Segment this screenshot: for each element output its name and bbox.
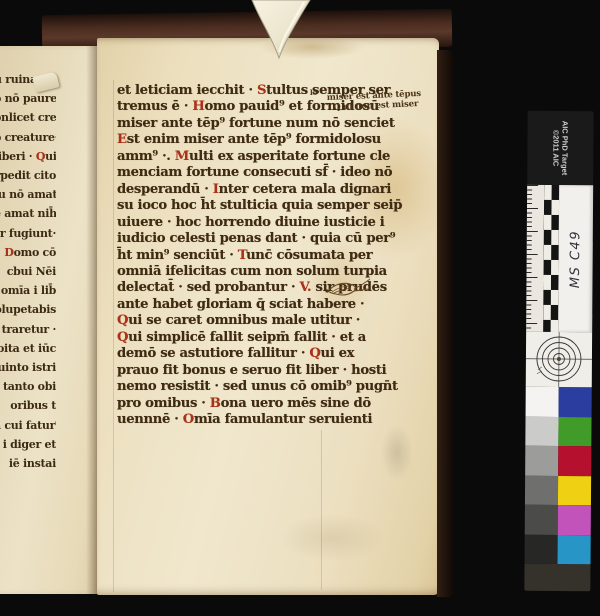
color-patch bbox=[558, 446, 591, 476]
manuscript-text-line: delectat̄ · sed probantur · V. sir prudē… bbox=[117, 280, 439, 296]
left-page-text-line: cbui Nēi bbox=[0, 262, 56, 281]
manuscript-text-line: prauo fit bonus e seruo fit liber · host… bbox=[117, 363, 439, 379]
left-page-text-column: ū ruina gaudzo nō pauretonlicet creao cr… bbox=[0, 70, 56, 473]
target-checkerboard bbox=[543, 185, 559, 332]
text-segment: ui se caret omnibus male utitur · bbox=[128, 313, 360, 328]
text-segment: menciam fortune consecuti sf̄ · ideo nō bbox=[117, 165, 392, 180]
left-page-text-line: tanto obi bbox=[0, 377, 56, 396]
rubric-initial: S bbox=[257, 83, 266, 98]
text-segment: ui simplicē fallit seipm̄ fallit · et a bbox=[128, 330, 366, 345]
rubric-initial: E bbox=[117, 132, 127, 147]
text-segment: mīa famulantur seruienti bbox=[194, 412, 372, 427]
left-page-text-line: liberi · Qui bbox=[0, 147, 56, 166]
manuscript-text-line: desperandū · Inter cetera mala dignari bbox=[117, 182, 439, 198]
text-segment: su ioco hoc h̄t stulticia quia semper se… bbox=[117, 198, 402, 213]
main-text-block: et leticiam iecchit · Stultus semper ser… bbox=[117, 83, 439, 429]
left-page-text-line: i diger et bbox=[0, 435, 56, 454]
text-segment: iē instai bbox=[9, 457, 56, 470]
rubric-initial: Q bbox=[117, 330, 128, 345]
rubric-initial: Q bbox=[117, 313, 128, 328]
text-segment: r fugiunt· bbox=[0, 227, 56, 240]
pointer-tip bbox=[240, 0, 318, 62]
target-id-strip: MS C49 bbox=[558, 185, 593, 332]
manuscript-text-line: Est enim miser ante tēp⁹ formidolosu bbox=[117, 132, 439, 148]
manuscript-text-line: uiuere · hoc horrendo diuine iusticie i bbox=[117, 215, 439, 231]
manuscript-text-line: su ioco hoc h̄t stulticia quia semper se… bbox=[117, 198, 439, 214]
text-segment: cbui Nēi bbox=[7, 265, 56, 278]
target-scale-section: MS C49 bbox=[526, 185, 593, 332]
color-patch bbox=[558, 505, 591, 535]
left-page-text-line: iu nō amat bbox=[0, 185, 56, 204]
text-segment: ulti ex asperitate fortune cle bbox=[189, 149, 390, 164]
target-title: AIC PhD Target bbox=[560, 111, 570, 185]
text-segment: omo cō bbox=[14, 246, 56, 259]
text-segment: olupetabis bbox=[0, 303, 56, 316]
manuscript-text-line: uennnē · Omīa famulantur seruienti bbox=[117, 412, 439, 428]
text-segment: uennnē · bbox=[117, 412, 183, 427]
text-segment: prauo fit bonus e seruo fit liber · host… bbox=[117, 363, 386, 378]
text-segment: o nō pauret bbox=[0, 92, 56, 105]
book-fore-edge-cover bbox=[437, 50, 453, 597]
left-page-text-line: iē instai bbox=[0, 454, 56, 473]
rubric-initial: Q bbox=[36, 150, 45, 163]
text-segment: delectat̄ · sed probantur · bbox=[117, 280, 299, 295]
manuscript-text-line: pro omibus · Bona uero mēs sine dō bbox=[117, 396, 439, 412]
manuscript-text-line: Qui simplicē fallit seipm̄ fallit · et a bbox=[117, 330, 439, 346]
manuscript-text-line: iudicio celesti penas dant · quia cū per… bbox=[117, 231, 439, 247]
color-patch bbox=[559, 387, 592, 417]
left-page-text-line: o nō pauret bbox=[0, 89, 56, 108]
text-segment: tanto obi bbox=[3, 380, 56, 393]
gray-patch bbox=[525, 446, 558, 476]
left-page-text-line: olupetabis bbox=[0, 300, 56, 319]
rubric-initial: B bbox=[210, 396, 221, 411]
manuscript-shelfmark: MS C49 bbox=[568, 229, 583, 287]
target-label-block: AIC PhD Target ©2011 AIC bbox=[527, 111, 594, 185]
text-segment: onlicet crea bbox=[0, 111, 56, 124]
rubric-initial: Q bbox=[309, 346, 320, 361]
text-segment: miser ante tēp⁹ fortune num nō senciet bbox=[117, 116, 395, 131]
manuscript-text-line: amm⁹ ·. Multi ex asperitate fortune cle bbox=[117, 149, 439, 165]
left-page: ū ruina gaudzo nō pauretonlicet creao cr… bbox=[0, 46, 100, 594]
text-segment: i diger et bbox=[3, 438, 56, 451]
target-ruler bbox=[526, 185, 544, 332]
rubric-initial: D bbox=[4, 246, 13, 259]
color-patch bbox=[558, 534, 591, 564]
text-segment: a cui fatur⁹ bbox=[0, 419, 56, 432]
manuscript-text-line: miser ante tēp⁹ fortune num nō senciet bbox=[117, 116, 439, 132]
manuscript-text-line: h̄t min⁹ senciūt · Tunc̄ cōsumata per bbox=[117, 248, 439, 264]
ruling-line-vertical bbox=[321, 430, 322, 590]
text-segment: uinto istri bbox=[0, 361, 56, 374]
left-page-text-line: Domo cō bbox=[0, 243, 56, 262]
text-segment: iudicio celesti penas dant · quia cū per… bbox=[117, 231, 395, 246]
target-label-text: AIC PhD Target ©2011 AIC bbox=[551, 111, 570, 185]
rubric-initial: H bbox=[192, 99, 204, 114]
manuscript-text-line: Qui se caret omnibus male utitur · bbox=[117, 313, 439, 329]
text-segment: omīa i lib̄ bbox=[1, 284, 56, 297]
left-page-text-line: uinto istri bbox=[0, 358, 56, 377]
gray-patch bbox=[525, 505, 558, 535]
left-page-text-line: e amat nih̄ bbox=[0, 204, 56, 223]
text-segment: uiuere · hoc horrendo diuine iusticie i bbox=[117, 215, 384, 230]
color-patch bbox=[558, 475, 591, 505]
gray-patch bbox=[525, 475, 558, 505]
left-page-text-line: r fugiunt· bbox=[0, 224, 56, 243]
text-segment: demō se astutiore fallitur · bbox=[117, 346, 309, 361]
rubric-initial: V. bbox=[299, 280, 311, 295]
manuscript-text-line: demō se astutiore fallitur · Qui ex bbox=[117, 346, 439, 362]
left-page-text-line: onlicet crea bbox=[0, 108, 56, 127]
gray-patch bbox=[526, 387, 559, 417]
text-segment: h̄t min⁹ senciūt · bbox=[117, 248, 238, 263]
text-segment: ona uero mēs sine dō bbox=[221, 396, 371, 411]
color-patch bbox=[558, 416, 591, 446]
margin-doodle-leaf bbox=[324, 275, 374, 301]
text-segment: liberi · bbox=[0, 150, 36, 163]
target-bullseye bbox=[526, 332, 592, 387]
text-segment: rpedit cito bbox=[0, 169, 56, 182]
gray-patch bbox=[525, 534, 558, 564]
left-page-text-line: traretur · bbox=[0, 320, 56, 339]
text-segment: nter cetera mala dignari bbox=[219, 182, 391, 197]
left-page-text-line: omīa i lib̄ bbox=[0, 281, 56, 300]
text-segment: st enim miser ante tēp⁹ formidolosu bbox=[127, 132, 381, 147]
left-page-text-line: o creature· bbox=[0, 128, 56, 147]
left-page-text-line: rpedit cito bbox=[0, 166, 56, 185]
rubric-initial: M bbox=[175, 149, 189, 164]
text-segment: et leticiam iecchit · bbox=[117, 83, 257, 98]
text-segment: ui bbox=[45, 150, 56, 163]
text-segment: e amat nih̄ bbox=[0, 207, 56, 220]
rubric-initial: T bbox=[238, 248, 246, 263]
text-segment: amm⁹ ·. bbox=[117, 149, 175, 164]
ruling-line-vertical bbox=[113, 80, 114, 592]
text-segment: unc̄ cōsumata per bbox=[246, 248, 372, 263]
gray-patch bbox=[525, 416, 558, 446]
manuscript-text-line: ante habet gloriam q̄ sciat habere · bbox=[117, 297, 439, 313]
manuscript-text-line: omniā ifelicitas cum non solum turpia bbox=[117, 264, 439, 280]
text-segment: iu nō amat bbox=[0, 188, 56, 201]
text-segment: oribus t bbox=[10, 399, 56, 412]
target-bottom-patch bbox=[524, 564, 590, 591]
rubric-initial: O bbox=[183, 412, 194, 427]
text-segment: desperandū · bbox=[117, 182, 213, 197]
text-segment: traretur · bbox=[2, 323, 56, 336]
manuscript-text-line: nemo resistit · sed unus cō omib⁹ pugn̄t bbox=[117, 379, 439, 395]
calibration-target: AIC PhD Target ©2011 AIC MS C49 bbox=[524, 111, 593, 591]
left-page-text-line: oita et iūc bbox=[0, 339, 56, 358]
bullseye-graphic bbox=[526, 332, 592, 387]
text-segment: o creature· bbox=[0, 131, 56, 144]
left-page-text-line: a cui fatur⁹ bbox=[0, 416, 56, 435]
interlinear-gloss: lo bbox=[310, 88, 317, 97]
margin-annotation: miser est ante tēpus Q ui non est miser bbox=[327, 89, 422, 113]
left-page-text-line: oribus t bbox=[0, 396, 56, 415]
text-segment: pro omibus · bbox=[117, 396, 210, 411]
color-patch-grid bbox=[525, 387, 592, 564]
text-segment: nemo resistit · sed unus cō omib⁹ pugn̄t bbox=[117, 379, 398, 394]
text-segment: tremus ē · bbox=[117, 99, 192, 114]
text-segment: oita et iūc bbox=[0, 342, 56, 355]
text-segment: ui ex bbox=[320, 346, 354, 361]
parchment-stain bbox=[267, 508, 397, 568]
manuscript-text-line: menciam fortune consecuti sf̄ · ideo nō bbox=[117, 165, 439, 181]
